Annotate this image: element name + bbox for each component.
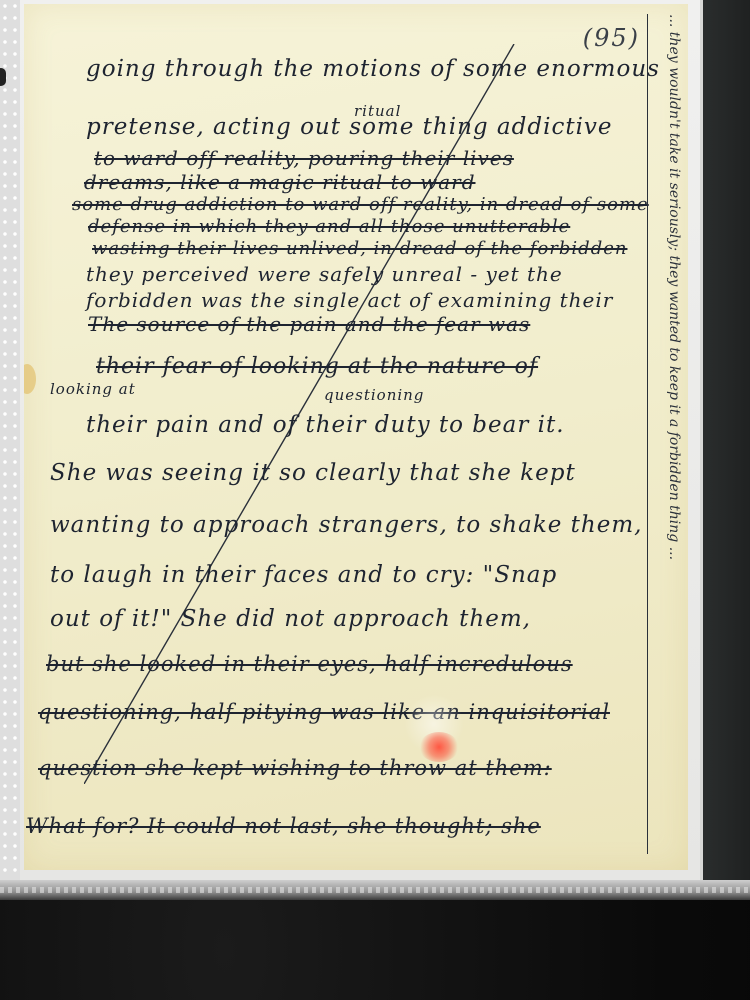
struck-line: dreams, like a magic ritual to ward (84, 170, 476, 194)
struck-line: question she kept wishing to throw at th… (38, 756, 552, 780)
sleeve-bottom-edge (0, 880, 750, 900)
insertion-note: questioning (324, 386, 424, 404)
page-number: (95) (583, 24, 640, 52)
struck-line: some drug addiction to ward off reality,… (72, 194, 649, 215)
photo-scene: (95) going through the motions of some e… (0, 0, 750, 1000)
paper-stain (24, 364, 36, 394)
ring-hole (0, 68, 6, 86)
struck-line: What for? It could not last, she thought… (26, 814, 541, 838)
manuscript-line: She was seeing it so clearly that she ke… (50, 460, 576, 486)
manuscript-line: going through the motions of some enormo… (86, 56, 660, 82)
manuscript-line: pretense, acting out some thing addictiv… (86, 114, 613, 140)
manuscript-line: wanting to approach strangers, to shake … (50, 512, 642, 538)
sleeve-perforations (0, 0, 20, 892)
manuscript-line: to laugh in their faces and to cry: "Sna… (50, 562, 557, 588)
plastic-sleeve: (95) going through the motions of some e… (0, 0, 703, 892)
manuscript-line: they perceived were safely unreal - yet … (86, 262, 563, 286)
struck-line: their fear of looking at the nature of (96, 354, 538, 379)
struck-line: questioning, half pitying was like an in… (38, 700, 610, 724)
struck-line: but she looked in their eyes, half incre… (46, 652, 573, 676)
struck-line: The source of the pain and the fear was (88, 312, 530, 336)
struck-line: wasting their lives unlived, in dread of… (92, 238, 627, 259)
manuscript-line: forbidden was the single act of examinin… (86, 288, 613, 312)
manuscript-line: their pain and of their duty to bear it. (86, 412, 565, 438)
red-light-glare (419, 732, 459, 762)
margin-note: ... they wouldn't take it seriously; the… (647, 14, 682, 854)
struck-line: defense in which they and all those unut… (88, 216, 570, 237)
manuscript-page: (95) going through the motions of some e… (24, 4, 688, 870)
manuscript-line: out of it!" She did not approach them, (50, 606, 531, 632)
insertion-note: looking at (50, 380, 136, 398)
struck-line: to ward off reality, pouring their lives (94, 146, 514, 170)
